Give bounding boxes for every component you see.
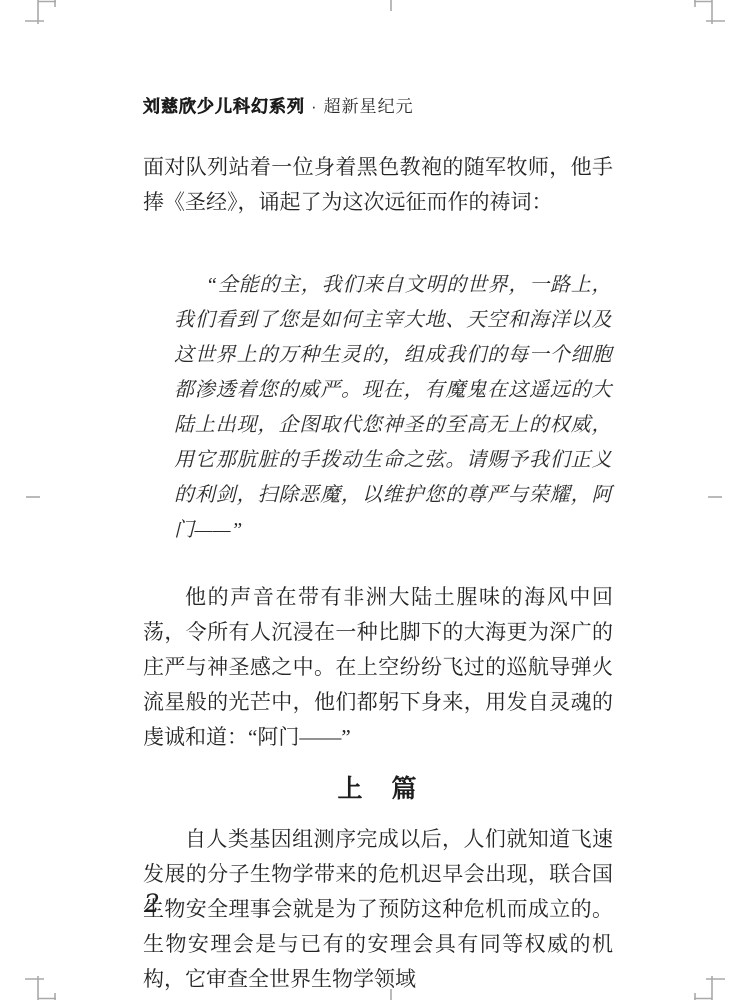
edge-tick-left bbox=[26, 495, 41, 499]
prayer-quote-block: “全能的主，我们来自文明的世界，一路上，我们看到了您是如何主宰大地、天空和海洋以… bbox=[174, 268, 612, 548]
crop-mark-bottom-right bbox=[691, 974, 731, 1000]
prayer-quote-text: “全能的主，我们来自文明的世界，一路上，我们看到了您是如何主宰大地、天空和海洋以… bbox=[174, 268, 612, 548]
page-text-column: 面对队列站着一位身着黑色教袍的随军牧师，他手捧《圣经》，诵起了为这次远征而作的祷… bbox=[143, 150, 613, 997]
paragraph-after-prayer: 他的声音在带有非洲大陆土腥味的海风中回荡，令所有人沉浸在一种比脚下的大海更为深广… bbox=[143, 580, 613, 755]
series-title: 刘慈欣少儿科幻系列 bbox=[143, 97, 305, 116]
running-head: 刘慈欣少儿科幻系列·超新星纪元 bbox=[143, 92, 414, 117]
edge-tick-right bbox=[708, 495, 723, 499]
crop-mark-top-left bbox=[19, 0, 59, 26]
page-number: 2 bbox=[144, 889, 160, 918]
crop-mark-top-right bbox=[691, 0, 731, 26]
section-heading: 上 篇 bbox=[143, 771, 613, 809]
paragraph-opening: 面对队列站着一位身着黑色教袍的随军牧师，他手捧《圣经》，诵起了为这次远征而作的祷… bbox=[143, 150, 613, 220]
crop-mark-bottom-left bbox=[19, 974, 59, 1000]
book-title: 超新星纪元 bbox=[324, 97, 414, 116]
paragraph-section-opening: 自人类基因组测序完成以后，人们就知道飞速发展的分子生物学带来的危机迟早会出现，联… bbox=[143, 822, 613, 997]
center-tick-top bbox=[389, 0, 393, 12]
header-dot-separator: · bbox=[311, 97, 318, 116]
